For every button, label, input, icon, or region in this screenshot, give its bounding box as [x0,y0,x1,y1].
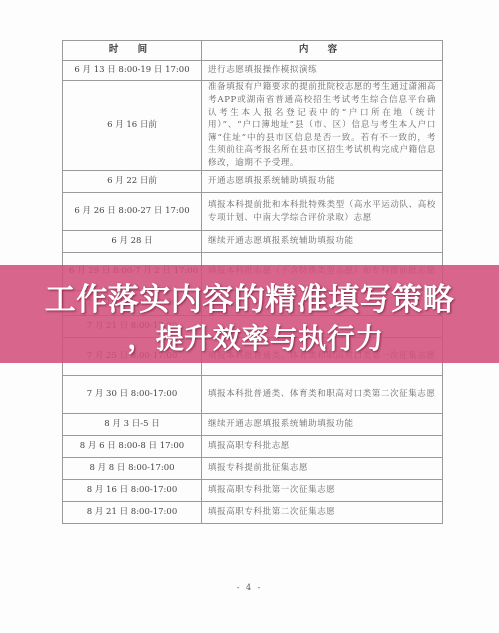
row-content: 继续开通志愿填报系统辅助填报功能 [202,231,443,253]
document-page: 时 间 内 容 6 月 13 日 8:00-19 日 17:00 进行志愿填报操… [0,0,499,633]
table-row: 6 月 26 日 8:00-27 日 17:00 填报本科提前批和本科批特殊类型… [63,193,443,231]
title-banner: 工作落实内容的精准填写策略 ，提升效率与执行力 [0,265,499,363]
table-header-row: 时 间 内 容 [63,41,443,61]
row-content: 进行志愿填报操作模拟演练 [202,61,443,81]
row-time: 6 月 22 日前 [63,171,202,193]
table-row: 6 月 22 日前 开通志愿填报系统辅助填报功能 [63,171,443,193]
page-number: - 4 - [0,583,499,592]
row-content: 填报高职专科批志愿 [202,436,443,458]
row-time: 8 月 16 日 8:00-17:00 [63,480,202,502]
row-time: 6 月 26 日 8:00-27 日 17:00 [63,193,202,231]
table-row: 8 月 16 日 8:00-17:00 填报高职专科批第一次征集志愿 [63,480,443,502]
table-row: 6 月 16 日前 准备填报有户籍要求的提前批院校志愿的考生通过潇湘高考APP或… [63,81,443,171]
header-content: 内 容 [202,41,443,61]
row-time: 8 月 8 日 8:00-17:00 [63,458,202,480]
row-content: 填报专科提前批征集志愿 [202,458,443,480]
table-row: 8 月 3 日-5 日 继续开通志愿填报系统辅助填报功能 [63,414,443,436]
row-content: 开通志愿填报系统辅助填报功能 [202,171,443,193]
row-content: 填报本科提前批和本科批特殊类型（高水平运动队、高校专项计划、中南大学综合评价录取… [202,193,443,231]
table-row: 6 月 28 日 继续开通志愿填报系统辅助填报功能 [63,231,443,253]
row-content: 填报高职专科批第一次征集志愿 [202,480,443,502]
table-row: 7 月 30 日 8:00-17:00 填报本科批普通类、体育类和职高对口类第二… [63,376,443,414]
row-content: 填报高职专科批第二次征集志愿 [202,502,443,524]
row-time: 6 月 16 日前 [63,81,202,171]
banner-title-line-1: 工作落实内容的精准填写策略 [0,274,499,319]
row-content: 填报本科批普通类、体育类和职高对口类第二次征集志愿 [202,376,443,414]
table-row: 8 月 8 日 8:00-17:00 填报专科提前批征集志愿 [63,458,443,480]
row-time: 8 月 3 日-5 日 [63,414,202,436]
table-row: 6 月 13 日 8:00-19 日 17:00 进行志愿填报操作模拟演练 [63,61,443,81]
table-row: 8 月 21 日 8:00-17:00 填报高职专科批第二次征集志愿 [63,502,443,524]
row-time: 6 月 28 日 [63,231,202,253]
row-time: 8 月 6 日 8:00-8 日 17:00 [63,436,202,458]
table-row: 8 月 6 日 8:00-8 日 17:00 填报高职专科批志愿 [63,436,443,458]
banner-title-line-2: ，提升效率与执行力 [0,317,499,357]
row-time: 8 月 21 日 8:00-17:00 [63,502,202,524]
row-content: 继续开通志愿填报系统辅助填报功能 [202,414,443,436]
row-time: 7 月 30 日 8:00-17:00 [63,376,202,414]
row-time: 6 月 13 日 8:00-19 日 17:00 [63,61,202,81]
header-time: 时 间 [63,41,202,61]
row-content: 准备填报有户籍要求的提前批院校志愿的考生通过潇湘高考APP或湖南省普通高校招生考… [202,81,443,171]
